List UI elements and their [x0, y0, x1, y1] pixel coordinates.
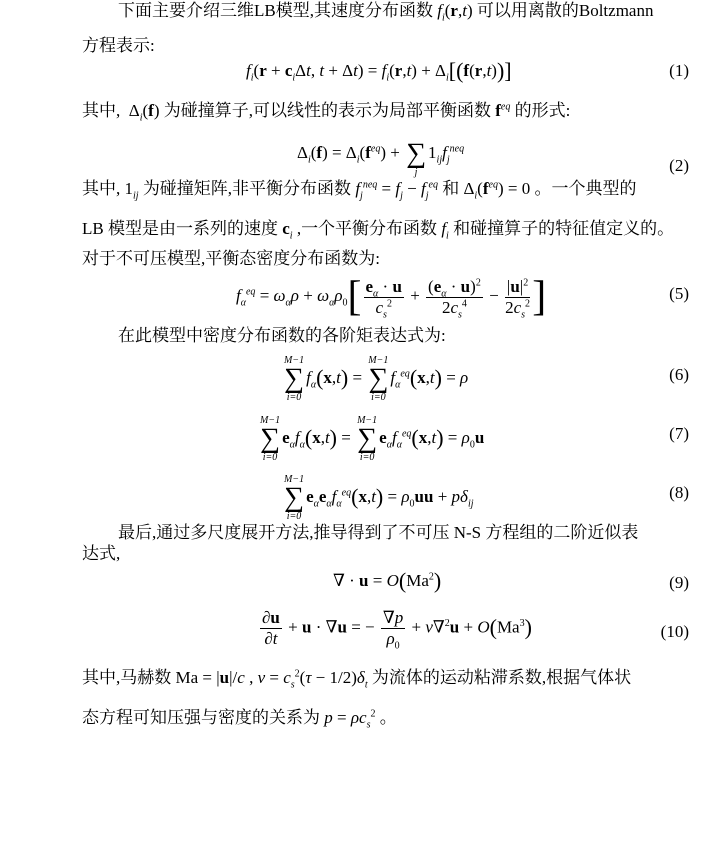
equation-number: (5)	[669, 283, 689, 305]
equation-number: (7)	[669, 423, 689, 445]
math-inline: 1ij	[125, 179, 139, 198]
equation-number: (2)	[669, 155, 689, 177]
paragraph-matrix: 其中, 1ij 为碰撞矩阵,非平衡分布函数 fjneq = fj − fjeq …	[82, 178, 636, 200]
text: 为流体的运动粘滞系数,根据气体状	[372, 668, 631, 687]
text: 为碰撞算子,可以线性的表示为局部平衡函数	[164, 101, 491, 120]
math-inline: Δi(f)	[125, 101, 160, 120]
text: 。一个典型的	[534, 179, 636, 198]
equation-number: (1)	[669, 60, 689, 82]
paragraph-moments: 在此模型中密度分布函数的各阶矩表达式为:	[118, 325, 446, 347]
paragraph-collision: 其中, Δi(f) 为碰撞算子,可以线性的表示为局部平衡函数 feq 的形式:	[82, 100, 570, 122]
equation-2: Δi(f) = Δi(feq) + ∑j1ijfjneq	[297, 130, 464, 178]
text: 下面主要介绍三维LB模型,其速度分布函数	[118, 1, 433, 20]
math-inline: fi(r,t)	[437, 1, 472, 20]
math-inline: fjneq = fj − fjeq	[355, 179, 438, 198]
math-inline: feq	[495, 101, 510, 120]
text: 在此模型中密度分布函数的各阶矩表达式为:	[118, 326, 446, 345]
text: 达式,	[82, 544, 120, 563]
text: ,一个平衡分布函数	[297, 219, 437, 238]
text: LB 模型是由一系列的速度	[82, 219, 278, 238]
equation-number: (6)	[669, 364, 689, 386]
paragraph-mach-cont: 态方程可知压强与密度的关系为 p = ρcs2 。	[82, 707, 397, 729]
paragraph-matrix-cont: LB 模型是由一系列的速度 ci ,一个平衡分布函数 fi 和碰撞算子的特征值定…	[82, 218, 674, 240]
equation-1: fi(r + ciΔt, t + Δt) = fi(r,t) + Δi[(f(r…	[246, 60, 512, 82]
math-inline: p = ρcs2	[324, 708, 375, 727]
equation-5: fαeq = ωαρ + ωαρ0[eα · ucs2 + (eα · u)22…	[236, 272, 546, 320]
math-inline: ν = cs2(τ − 1/2)δt	[258, 668, 368, 687]
equation-8: M−1∑i=0eαeαfαeq(x,t) = ρ0uu + pδij	[282, 474, 474, 522]
paragraph-intro-cont: 方程表示:	[82, 35, 155, 57]
paragraph-incompressible: 对于不可压模型,平衡态密度分布函数为:	[82, 248, 380, 270]
text: 的形式:	[515, 101, 571, 120]
math-inline: fi	[441, 219, 449, 238]
equation-9: ∇ · u = O(Ma2)	[333, 570, 441, 592]
text: 。	[380, 708, 397, 727]
text: 可以用离散的Boltzmann	[477, 1, 654, 20]
math-inline: ci	[282, 219, 292, 238]
text: 为碰撞矩阵,非平衡分布函数	[143, 179, 351, 198]
text: 方程表示:	[82, 36, 155, 55]
paragraph-ns-cont: 达式,	[82, 543, 120, 565]
math-inline: Δi(feq) = 0	[463, 179, 530, 198]
text: 最后,通过多尺度展开方法,推导得到了不可压 N-S 方程组的二阶近似表	[118, 523, 638, 542]
text: 其中,	[82, 101, 120, 120]
equation-number: (9)	[669, 572, 689, 594]
text: 其中,马赫数	[82, 668, 171, 687]
equation-7: M−1∑i=0eαfα(x,t) = M−1∑i=0eαfαeq(x,t) = …	[258, 415, 484, 463]
text: 态方程可知压强与密度的关系为	[82, 708, 320, 727]
text: 对于不可压模型,平衡态密度分布函数为:	[82, 249, 380, 268]
math-inline: Ma = |u|/c	[176, 668, 245, 687]
text: 和	[442, 179, 459, 198]
paragraph-intro: 下面主要介绍三维LB模型,其速度分布函数 fi(r,t) 可以用离散的Boltz…	[118, 0, 653, 22]
text: 和碰撞算子的特征值定义的。	[453, 219, 674, 238]
paragraph-ns: 最后,通过多尺度展开方法,推导得到了不可压 N-S 方程组的二阶近似表	[118, 522, 638, 544]
text: 其中,	[82, 179, 120, 198]
equation-10: ∂u∂t + u · ∇u = − ∇pρ0 + ν∇2u + O(Ma3)	[258, 608, 532, 649]
equation-number: (10)	[661, 621, 689, 643]
paragraph-mach: 其中,马赫数 Ma = |u|/c , ν = cs2(τ − 1/2)δt 为…	[82, 667, 631, 689]
equation-number: (8)	[669, 482, 689, 504]
equation-6: M−1∑i=0fα(x,t) = M−1∑i=0fαeq(x,t) = ρ	[282, 355, 468, 403]
text: ,	[249, 668, 253, 687]
